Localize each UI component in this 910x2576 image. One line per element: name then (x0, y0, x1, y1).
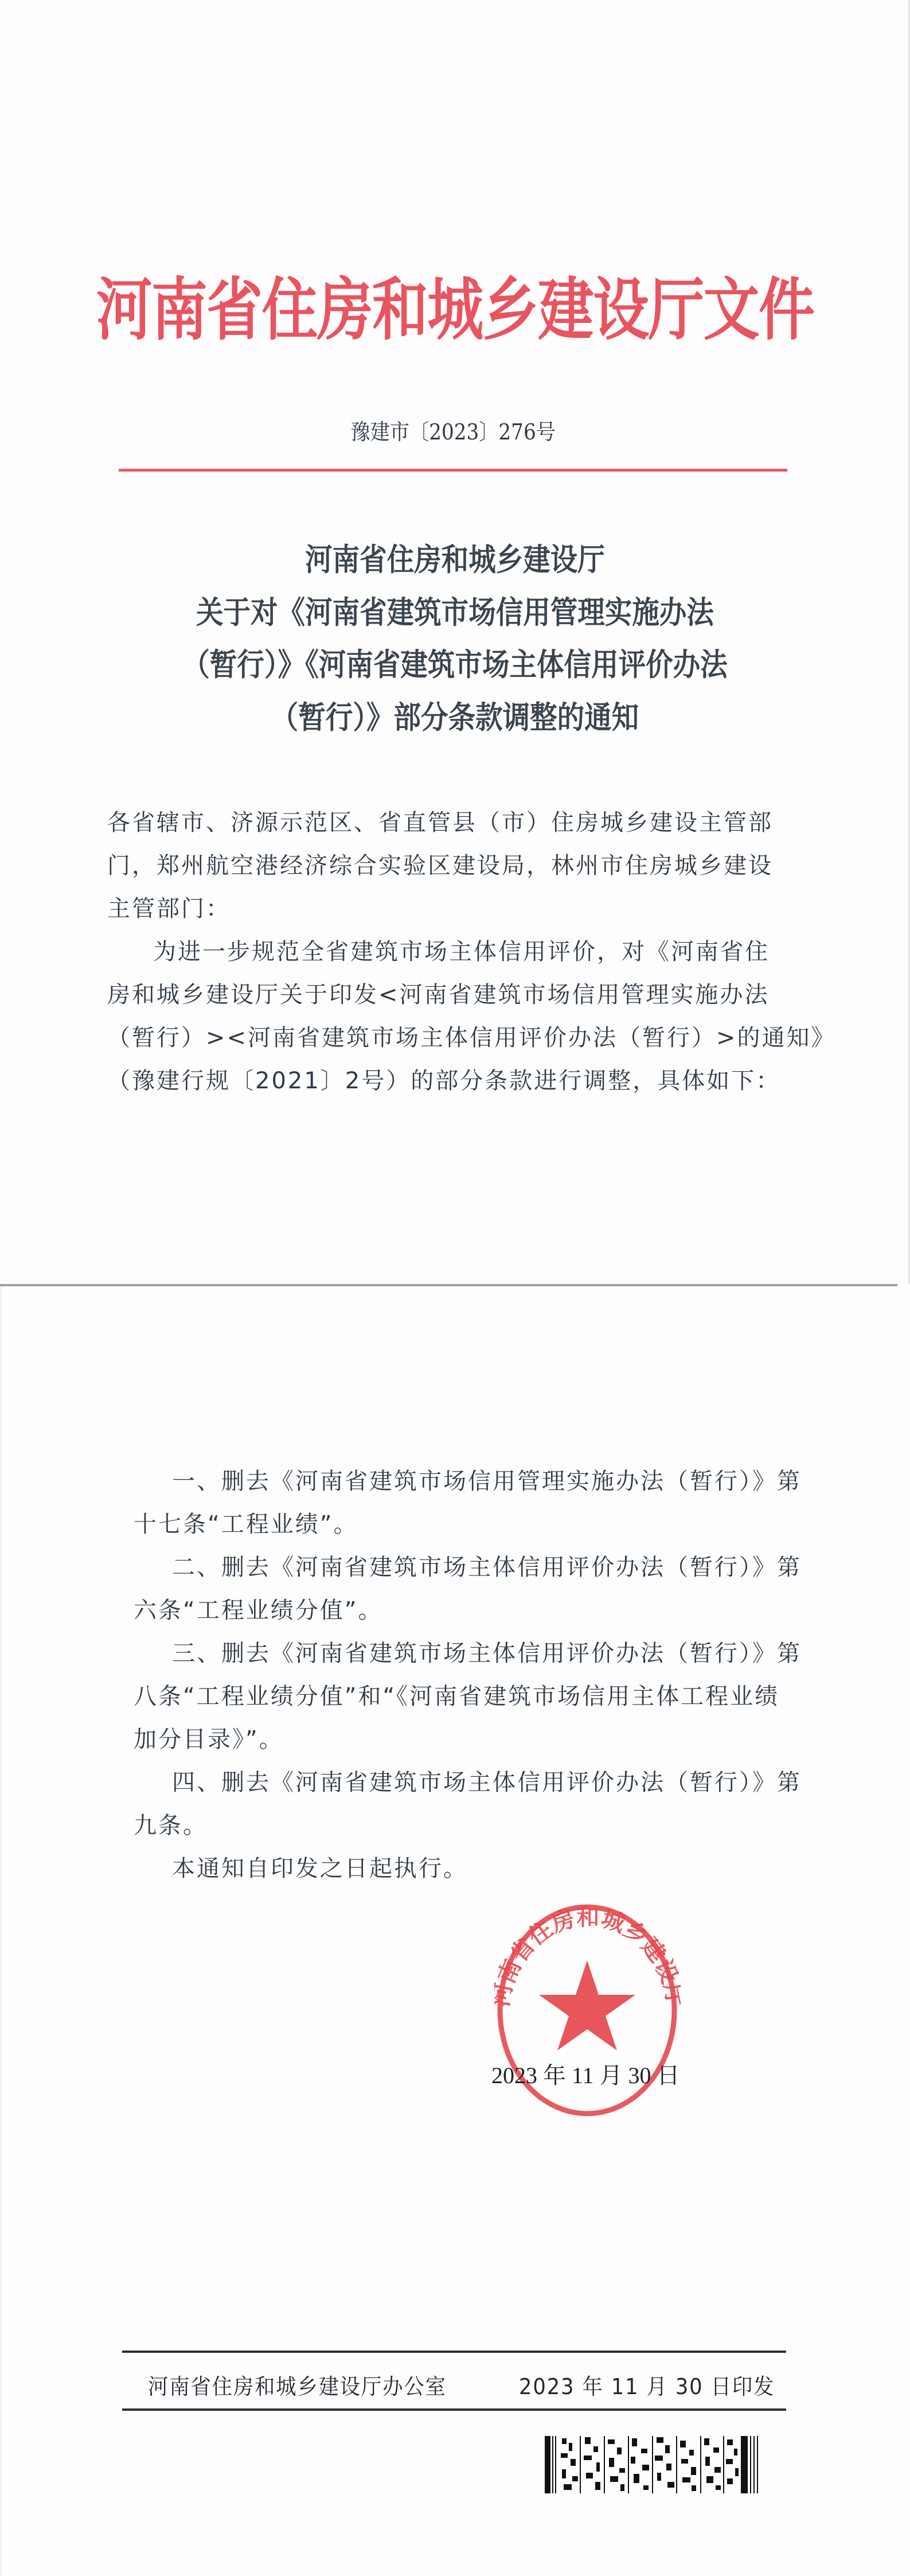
intro-line-3: （暂行）><河南省建筑市场主体信用评价办法（暂行）>的通知》 (107, 1017, 836, 1060)
star-icon (539, 1960, 635, 2050)
effective-statement: 本通知自印发之日起执行。 (172, 1847, 468, 1890)
addressee-line-3: 主管部门： (107, 888, 231, 931)
title-line-4: （暂行）》部分条款调整的通知 (54, 694, 856, 740)
intro-line-4: （豫建行规〔2021〕2号）的部分条款进行调整，具体如下： (107, 1060, 780, 1103)
addressee-line-1: 各省辖市、济源示范区、省直管县（市）住房城乡建设主管部 (107, 801, 773, 845)
clause-4-line-1: 四、删去《河南省建筑市场主体信用评价办法（暂行）》第 (172, 1761, 802, 1804)
footer-top-rule (122, 2351, 786, 2353)
addressee-line-2: 门，郑州航空港经济综合实验区建设局，林州市住房城乡建设 (107, 845, 773, 888)
page-1: 河南省住房和城乡建设厅文件 豫建市〔2023〕276号 河南省住房和城乡建设厅 … (0, 0, 910, 1284)
title-line-3: （暂行）》《河南省建筑市场主体信用评价办法 (54, 641, 856, 687)
clause-1-line-2: 十七条“工程业绩”。 (134, 1503, 358, 1546)
title-line-2: 关于对《河南省建筑市场信用管理实施办法 (54, 589, 856, 635)
clause-3-line-3: 加分目录》”。 (134, 1718, 284, 1761)
title-line-1: 河南省住房和城乡建设厅 (54, 536, 856, 582)
clause-4-line-2: 九条。 (134, 1804, 208, 1847)
red-divider (119, 469, 787, 472)
footer-office: 河南省住房和城乡建设厅办公室 (148, 2371, 447, 2403)
footer-bottom-rule (122, 2408, 786, 2411)
intro-line-2: 房和城乡建设厅关于印发<河南省建筑市场信用管理实施办法 (107, 974, 770, 1017)
signing-date: 2023 年 11 月 30 日 (491, 2059, 680, 2093)
clause-1-line-1: 一、删去《河南省建筑市场信用管理实施办法（暂行）》第 (172, 1460, 802, 1503)
pdf417-barcode-icon (545, 2436, 760, 2493)
footer-print-date: 2023 年 11 月 30 日印发 (519, 2371, 775, 2403)
clause-3-line-2: 八条“工程业绩分值”和“《河南省建筑市场信用主体工程业绩 (134, 1675, 779, 1718)
intro-line-1: 为进一步规范全省建筑市场主体信用评价，对《河南省住 (153, 931, 770, 974)
document-number: 豫建市〔2023〕276号 (44, 418, 862, 446)
clause-3-line-1: 三、删去《河南省建筑市场主体信用评价办法（暂行）》第 (172, 1632, 802, 1675)
issuer-header: 河南省住房和城乡建设厅文件 (77, 264, 833, 356)
clause-2-line-1: 二、删去《河南省建筑市场主体信用评价办法（暂行）》第 (172, 1546, 802, 1589)
clause-2-line-2: 六条“工程业绩分值”。 (134, 1589, 382, 1632)
